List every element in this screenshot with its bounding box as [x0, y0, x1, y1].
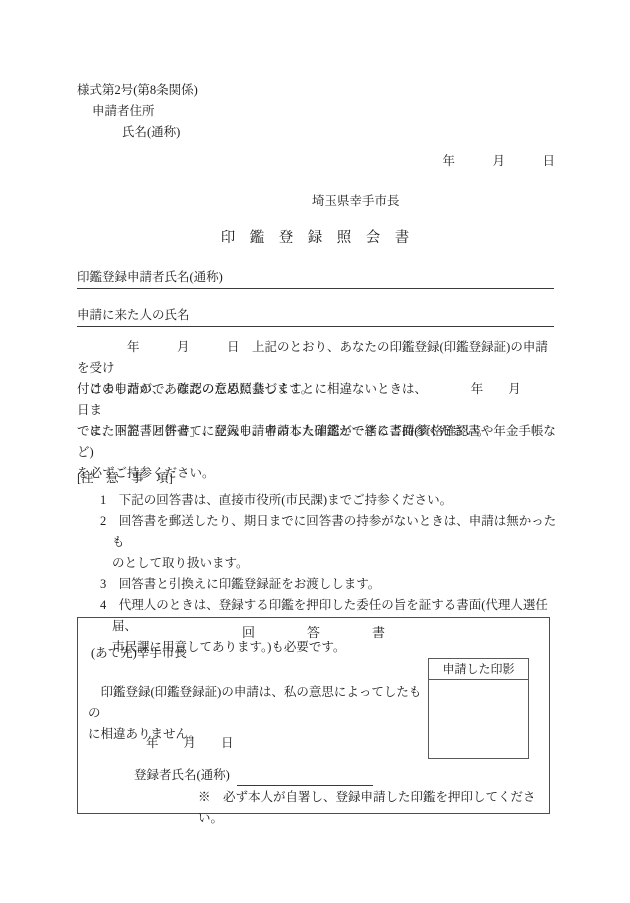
date-blank-top: 年 月 日 — [77, 151, 555, 172]
visitor-name-label: 申請に来た人の氏名 — [77, 308, 190, 322]
note-item-1: 1 下記の回答書は、直接市役所(市民課)までご持参ください。 — [100, 490, 560, 511]
addressee-mayor: 埼玉県幸手市長 — [312, 191, 400, 212]
note-item-3: 3 回答書と引換えに印鑑登録証をお渡しします。 — [100, 574, 560, 595]
reply-form-box: 回 答 書 (あて先)幸手市長 申請した印影 印鑑登録(印鑑登録証)の申請は、私… — [77, 617, 550, 814]
applicant-address-label: 申請者住所 — [92, 101, 155, 122]
signature-field: 登録者氏名(通称) — [134, 765, 373, 786]
reply-footnote: ※ 必ず本人が自署し、登録申請した印鑑を押印してください。 — [198, 787, 549, 829]
note-item-2: 2 回答書を郵送したり、期日までに回答書の持参がないときは、申請は無かったも の… — [100, 511, 560, 574]
visitor-name-field: 申請に来た人の氏名 — [77, 305, 554, 327]
reply-statement: 印鑑登録(印鑑登録証)の申請は、私の意思によってしたもの に相違ありません。 — [88, 682, 428, 745]
registrant-name-field: 印鑑登録申請者氏名(通称) — [77, 267, 554, 289]
signature-blank-line — [237, 770, 373, 786]
seal-registration-inquiry-form: 様式第2号(第8条関係) 申請者住所 氏名(通称) 年 月 日 埼玉県幸手市長 … — [0, 0, 630, 903]
applicant-name-label: 氏名(通称) — [122, 122, 180, 143]
seal-impression-box: 申請した印影 — [428, 658, 529, 759]
reply-addressee: (あて先)幸手市長 — [91, 643, 187, 664]
reply-date-blank: 年 月 日 — [146, 733, 234, 754]
registrant-name-label: 印鑑登録申請者氏名(通称) — [77, 270, 223, 284]
notes-header: [注 意 事 項] — [77, 468, 173, 489]
seal-impression-label: 申請した印影 — [429, 659, 528, 680]
signature-label: 登録者氏名(通称) — [134, 768, 230, 782]
form-number: 様式第2号(第8条関係) — [77, 80, 198, 101]
reply-form-title: 回 答 書 — [78, 622, 549, 643]
document-title: 印 鑑 登 録 照 会 書 — [0, 228, 630, 249]
